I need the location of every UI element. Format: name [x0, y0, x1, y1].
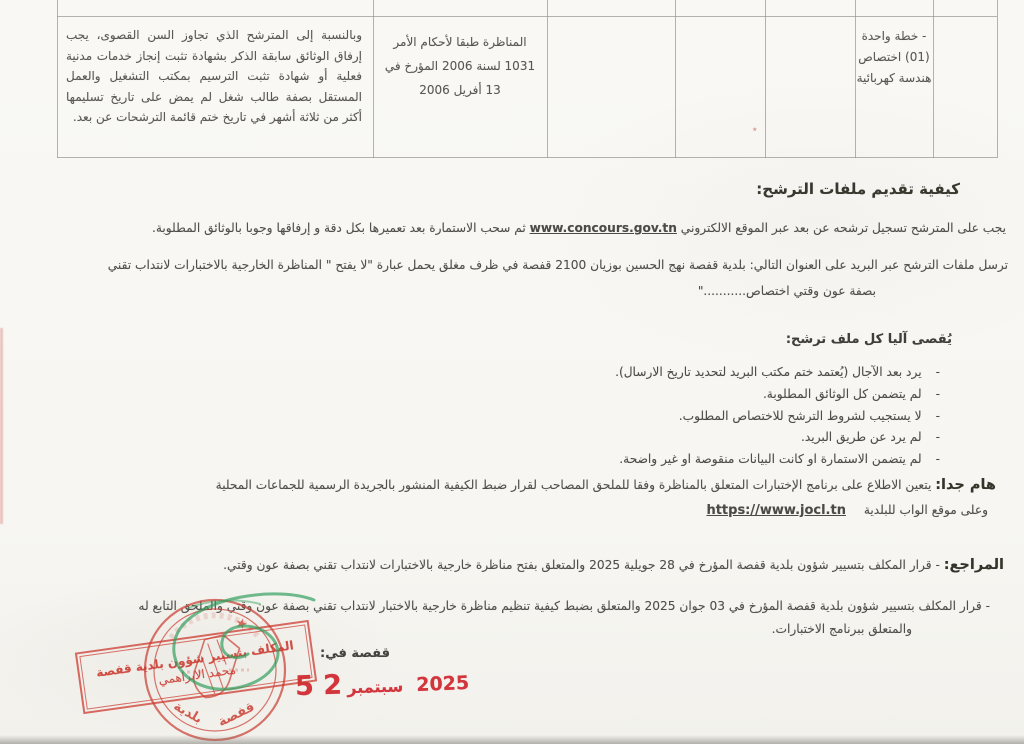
online-registration-line: يجب على المترشح تسجيل ترشحه عن بعد عبر ا… [152, 221, 1006, 235]
list-item: لا يستجيب لشروط الترشح للاختصاص المطلوب. [615, 406, 940, 428]
jocl-url-link[interactable]: https://www.jocl.tn [706, 503, 846, 518]
important-label: هام جدا: [935, 477, 996, 493]
registration-text-pre: يجب على المترشح تسجيل ترشحه عن بعد عبر ا… [677, 221, 1006, 235]
important-body: يتعين الاطلاع على برنامج الإختبارات المت… [216, 478, 936, 492]
table-border [997, 0, 998, 158]
list-item: لم يرد عن طريق البريد. [615, 427, 940, 449]
elimination-list: يرد بعد الآجال (يُعتمد ختم مكتب البريد ل… [615, 362, 940, 471]
table-border [675, 0, 676, 158]
date-stamp-year: 2025 [416, 672, 470, 696]
decree-reference-cell: المناظرة طبقا لأحكام الأمر 1031 لسنة 200… [377, 30, 543, 102]
elimination-heading: يُقصى آليا كل ملف ترشح: [786, 332, 952, 347]
scanned-document-page: وبالنسبة إلى المترشح الذي تجاوز السن الق… [0, 0, 1024, 744]
list-item: يرد بعد الآجال (يُعتمد ختم مكتب البريد ل… [615, 362, 940, 384]
positions-count-cell: - خطة واحدة (01) اختصاص هندسة كهربائية [856, 26, 932, 89]
registration-text-post: ثم سحب الاستمارة بعد تعميرها بكل دقة و إ… [152, 221, 530, 235]
reference-1: - قرار المكلف بتسيير شؤون بلدية قفصة الم… [223, 558, 944, 572]
references-line: المراجع: - قرار المكلف بتسيير شؤون بلدية… [223, 557, 1004, 573]
signature-scribble [128, 578, 338, 718]
age-limit-notes-cell: وبالنسبة إلى المترشح الذي تجاوز السن الق… [66, 25, 362, 128]
table-border [547, 0, 548, 158]
table-border [933, 0, 934, 158]
website-text: وعلى موقع الواب للبلدية [864, 503, 988, 517]
references-label: المراجع: [944, 557, 1004, 573]
website-line: وعلى موقع الواب للبلدية https://www.jocl… [706, 503, 988, 518]
mail-address-line: ترسل ملفات الترشح عبر البريد على العنوان… [108, 258, 1008, 272]
important-note-line: هام جدا: يتعين الاطلاع على برنامج الإختب… [216, 477, 996, 493]
scan-edge-artifact [0, 328, 3, 524]
concours-url-link[interactable]: www.concours.gov.tn [530, 221, 677, 235]
submission-section-heading: كيفية تقديم ملفات الترشح: [756, 180, 960, 198]
table-border [373, 0, 374, 158]
date-stamp-month: سبتمبر [347, 676, 404, 697]
list-item: لم يتضمن كل الوثائق المطلوبة. [615, 384, 940, 406]
reference-2-line-2: والمتعلق ببرنامج الاختبارات. [772, 622, 912, 636]
mail-address-line-2: بصفة عون وقتي اختصاص..........." [698, 284, 876, 298]
ink-speck: ٭ [752, 124, 757, 135]
table-border [57, 157, 997, 158]
table-border [765, 0, 766, 158]
table-border [57, 16, 997, 17]
list-item: لم يتضمن الاستمارة او كانت البيانات منقو… [615, 449, 940, 471]
table-border [57, 0, 58, 158]
